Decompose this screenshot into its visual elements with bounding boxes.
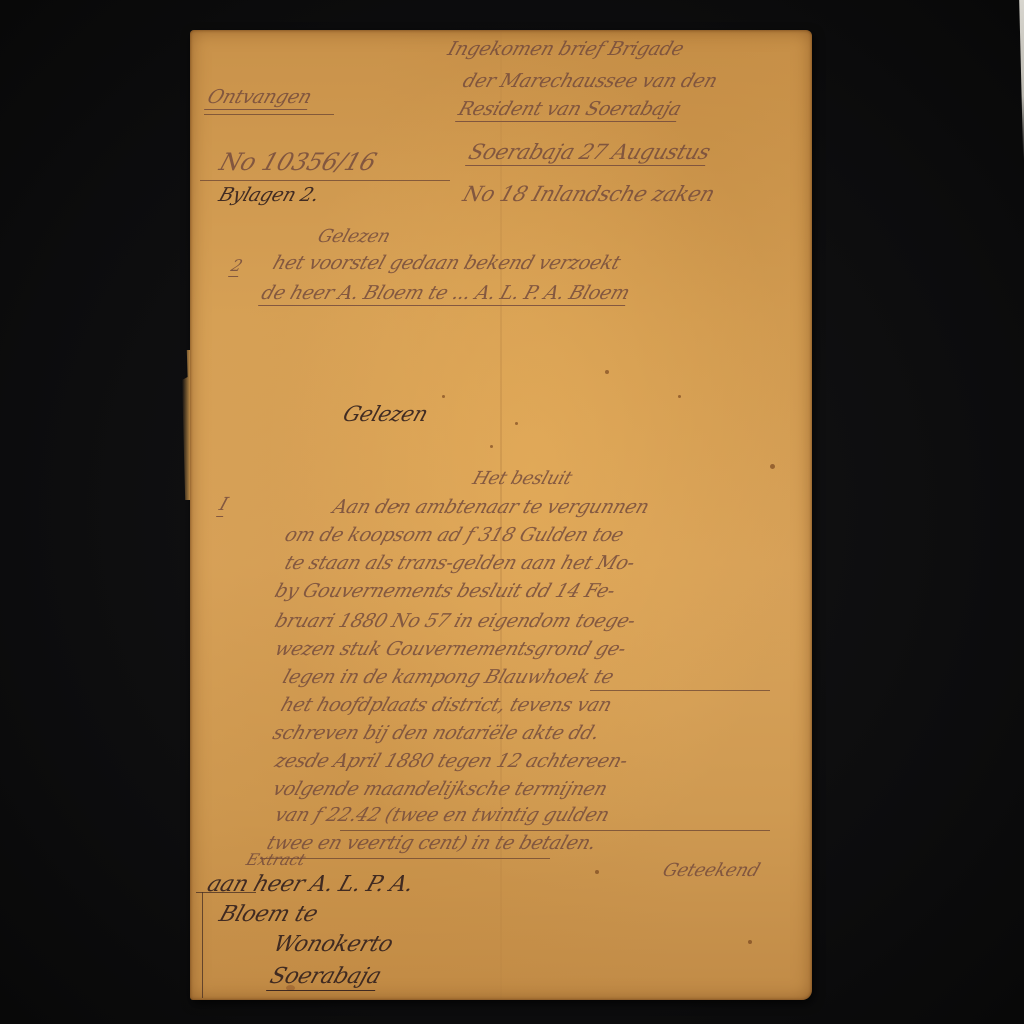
underline (590, 690, 770, 691)
header-right-line: No 18 Inlandsche zaken (460, 182, 718, 206)
body-line: schreven bij den notariële akte dd. (270, 722, 602, 744)
section-marker: I (216, 494, 230, 517)
foxing-spot (748, 940, 752, 944)
header-right-line: Ingekomen brief Brigade (445, 38, 687, 60)
received-stamp: Ontvangen (204, 86, 315, 110)
header-right-line: Resident van Soerabaja (455, 98, 684, 122)
foxing-spot (515, 422, 518, 425)
foxing-spot (770, 464, 775, 469)
addressee-line: Wonokerto (270, 932, 396, 957)
foxing-spot (442, 395, 445, 398)
photo-scene: Ontvangen No 10356/16 Bylagen 2. Ingekom… (0, 0, 1024, 1024)
body-line: van f 22.42 (twee en twintig gulden (272, 804, 612, 826)
extract-prefix: Extract (244, 850, 308, 869)
body-line: het hoofdplaats district, tevens van (278, 694, 614, 716)
margin-note-line: het voorstel gedaan bekend verzoekt (270, 252, 623, 274)
addressee-line: Soerabaja (266, 964, 384, 991)
margin-note-line: de heer A. Bloem te ... A. L. P. A. Bloe… (258, 282, 633, 306)
enclosures-count: Bylagen 2. (216, 184, 322, 206)
body-heading: Gelezen (340, 402, 431, 426)
foxing-spot (678, 395, 681, 398)
body-line: bruari 1880 No 57 in eigendom toege- (272, 610, 638, 632)
torn-edge (182, 350, 190, 500)
body-line: by Gouvernements besluit dd 14 Fe- (272, 580, 618, 602)
header-right-line: der Marechaussee van den (460, 70, 720, 92)
document-number: No 10356/16 (216, 148, 380, 176)
bracket-line (202, 892, 203, 998)
document-sheet: Ontvangen No 10356/16 Bylagen 2. Ingekom… (190, 30, 812, 1000)
foxing-spot (595, 870, 599, 874)
body-subheading: Het besluit (470, 468, 575, 489)
margin-note-marker: 2 (228, 256, 245, 277)
body-line: volgende maandelijksche termijnen (270, 778, 610, 800)
body-line: twee en veertig cent) in te betalen. (264, 832, 599, 854)
addressee-line: Bloem te (216, 902, 321, 927)
header-rule (204, 114, 334, 115)
body-line: wezen stuk Gouvernementsgrond ge- (272, 638, 629, 660)
body-line: te staan als trans-gelden aan het Mo- (282, 552, 638, 574)
white-object-edge (1016, 0, 1024, 160)
body-line: om de koopsom ad f 318 Gulden toe (282, 524, 626, 546)
addressee-line: aan heer A. L. P. A. (204, 872, 417, 897)
signed-mark: Geteekend (660, 860, 762, 881)
body-line: legen in de kampong Blauwhoek te (280, 666, 616, 688)
body-line: zesde April 1880 tegen 12 achtereen- (272, 750, 630, 772)
header-rule (200, 180, 450, 181)
foxing-spot (490, 445, 493, 448)
margin-note-heading: Gelezen (315, 226, 393, 247)
header-right-line: Soerabaja 27 Augustus (465, 140, 713, 166)
body-line: Aan den ambtenaar te vergunnen (330, 496, 652, 518)
underline (340, 830, 770, 831)
foxing-spot (605, 370, 609, 374)
